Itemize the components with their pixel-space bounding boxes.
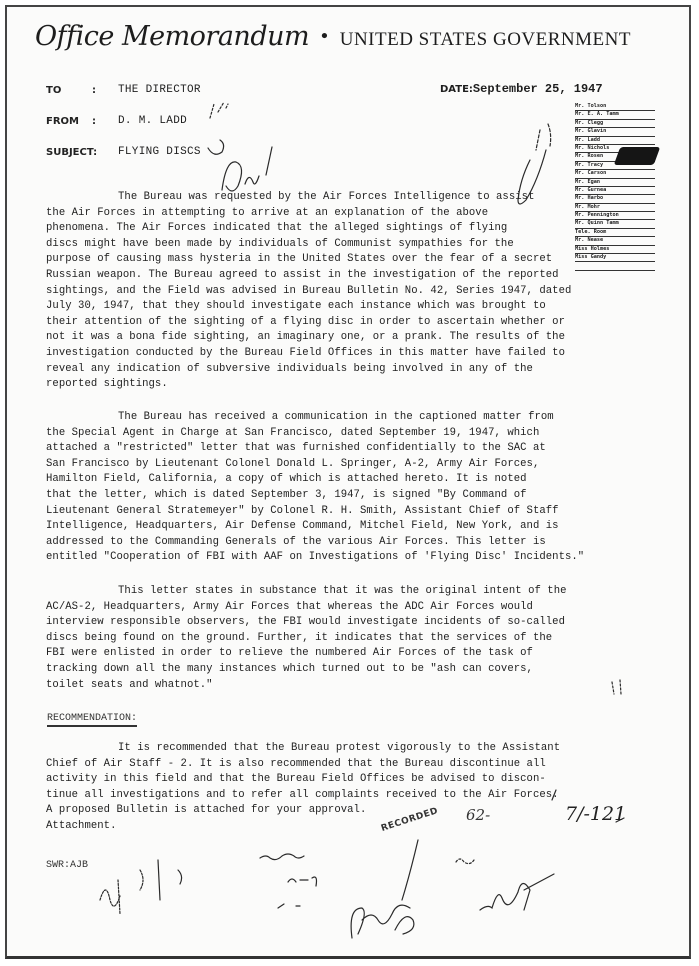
paragraph-2: The Bureau has received a communication … bbox=[46, 410, 646, 566]
recommendation-text: It is recommended that the Bureau protes… bbox=[46, 741, 646, 835]
paragraph-1: The Bureau was requested by the Air Forc… bbox=[46, 190, 646, 393]
text-line: entitled "Cooperation of FBI with AAF on… bbox=[46, 550, 646, 566]
text-line: the Air Forces in attempting to arrive a… bbox=[46, 206, 646, 222]
text-line: reported sightings. bbox=[46, 377, 646, 393]
letterhead-government: UNITED STATES GOVERNMENT bbox=[340, 29, 631, 50]
date-value: September 25, 1947 bbox=[473, 82, 603, 96]
routing-entry: Mr. Tolson bbox=[575, 103, 655, 111]
to-colon: : bbox=[92, 85, 96, 96]
subject-label: SUBJECT: bbox=[46, 147, 97, 158]
text-line: The Bureau was requested by the Air Forc… bbox=[46, 190, 646, 206]
from-label: FROM bbox=[46, 116, 79, 127]
paragraph-3: This letter states in substance that it … bbox=[46, 584, 646, 693]
text-line: purpose of causing mass hysteria in the … bbox=[46, 252, 646, 268]
routing-entry: Mr. Glavin bbox=[575, 128, 655, 136]
text-line: Intelligence, Headquarters, Air Defense … bbox=[46, 519, 646, 535]
recommendation-heading: RECOMMENDATION: bbox=[47, 713, 137, 727]
text-line: Attachment. bbox=[46, 819, 646, 835]
from-colon: : bbox=[92, 116, 96, 127]
serial-number: 7/-121 bbox=[565, 803, 626, 825]
text-line: Lieutenant General Stratemeyer" by Colon… bbox=[46, 504, 646, 520]
memo-letterhead: Office Memorandum•UNITED STATES GOVERNME… bbox=[35, 21, 631, 52]
routing-entry: Mr. Carson bbox=[575, 170, 655, 178]
text-line: tracking down all the many instances whi… bbox=[46, 662, 646, 678]
from-value: D. M. LADD bbox=[118, 115, 187, 127]
date-label: DATE: bbox=[440, 84, 473, 95]
text-line: that the letter, which is dated Septembe… bbox=[46, 488, 646, 504]
text-line: addressed to the Commanding Generals of … bbox=[46, 535, 646, 551]
text-line: July 30, 1947, that they should investig… bbox=[46, 299, 646, 315]
text-line: San Francisco by Lieutenant Colonel Dona… bbox=[46, 457, 646, 473]
text-line: It is recommended that the Bureau protes… bbox=[46, 741, 646, 757]
routing-entry: Mr. Ladd bbox=[575, 137, 655, 145]
text-line: sightings, and the Field was advised in … bbox=[46, 284, 646, 300]
text-line: toilet seats and whatnot." bbox=[46, 678, 646, 694]
text-line: This letter states in substance that it … bbox=[46, 584, 646, 600]
text-line: their attention of the sighting of a fly… bbox=[46, 315, 646, 331]
text-line: A proposed Bulletin is attached for your… bbox=[46, 803, 646, 819]
routing-entry: Mr. Clegg bbox=[575, 120, 655, 128]
text-line: not it was a bona fide sighting, an imag… bbox=[46, 330, 646, 346]
to-label: TO bbox=[46, 85, 61, 96]
text-line: tinue all investigations and to refer al… bbox=[46, 788, 646, 804]
text-line: reveal any indication of subversive indi… bbox=[46, 362, 646, 378]
text-line: Chief of Air Staff - 2. It is also recom… bbox=[46, 757, 646, 773]
letterhead-separator: • bbox=[319, 26, 330, 47]
typist-initials: SWR:AJB bbox=[46, 860, 88, 871]
text-line: attached a "restricted" letter that was … bbox=[46, 441, 646, 457]
text-line: The Bureau has received a communication … bbox=[46, 410, 646, 426]
text-line: phenomena. The Air Forces indicated that… bbox=[46, 221, 646, 237]
letterhead-title: Office Memorandum bbox=[35, 21, 309, 52]
routing-entry: Mr. Egan bbox=[575, 179, 655, 187]
text-line: AC/AS-2, Headquarters, Army Air Forces t… bbox=[46, 600, 646, 616]
text-line: interview responsible observers, the FBI… bbox=[46, 615, 646, 631]
text-line: investigation conducted by the Bureau Fi… bbox=[46, 346, 646, 362]
file-number: 62- bbox=[466, 806, 490, 824]
text-line: Hamilton Field, California, a copy of wh… bbox=[46, 472, 646, 488]
text-line: discs being found on the ground. Further… bbox=[46, 631, 646, 647]
ink-blot bbox=[614, 147, 661, 165]
subject-value: FLYING DISCS bbox=[118, 146, 201, 158]
routing-entry: Mr. E. A. Tamm bbox=[575, 111, 655, 119]
memo-date: DATE:September 25, 1947 bbox=[440, 82, 603, 96]
text-line: discs might have been made by individual… bbox=[46, 237, 646, 253]
text-line: Russian weapon. The Bureau agreed to ass… bbox=[46, 268, 646, 284]
text-line: FBI were enlisted in order to relieve th… bbox=[46, 646, 646, 662]
text-line: activity in this field and that the Bure… bbox=[46, 772, 646, 788]
to-value: THE DIRECTOR bbox=[118, 84, 201, 96]
text-line: the Special Agent in Charge at San Franc… bbox=[46, 426, 646, 442]
